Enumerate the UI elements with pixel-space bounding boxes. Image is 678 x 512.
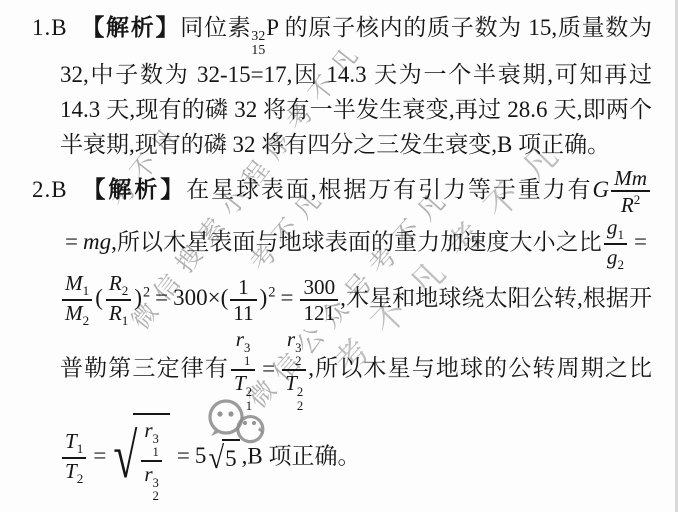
fraction-300-121: 300121 bbox=[300, 276, 338, 324]
item-2-text-e: ,B 项正确。 bbox=[242, 443, 361, 468]
solution-item-1: 1.B【解析】同位素3215P 的原子核内的质子数为 15,质量数为 32,中子… bbox=[32, 10, 652, 163]
item-2-text-a: 在星球表面,根据万有引力等于重力有 bbox=[186, 177, 592, 202]
fraction-r1-T1: r31T21 bbox=[231, 328, 255, 413]
radical-r-ratio: √r31r32 bbox=[113, 413, 170, 504]
item-1-number: 1. bbox=[32, 15, 51, 40]
formula-kepler: r31T21=r32T22 bbox=[229, 356, 308, 381]
item-1-analysis-tag: 【解析】 bbox=[81, 14, 181, 40]
answer-key-content: 1.B【解析】同位素3215P 的原子核内的质子数为 15,质量数为 32,中子… bbox=[0, 0, 678, 512]
item-2-analysis-tag: 【解析】 bbox=[81, 176, 187, 202]
item-1-answer: B bbox=[51, 15, 66, 40]
item-2-text-d: ,所以木星与地球的公转周期之比 bbox=[308, 356, 652, 381]
item-1-text-a: 同位素 bbox=[180, 15, 251, 40]
solution-item-2: 2.B【解析】在星球表面,根据万有引力等于重力有GMmR2=mg,所以木星表面与… bbox=[32, 167, 652, 504]
fraction-r1cubed-r2cubed: r31r32 bbox=[141, 419, 162, 504]
fraction-R2-R1: R2R1 bbox=[106, 272, 132, 328]
item-2-text-b: ,所以木星表面与地球表面的重力加速度大小之比 bbox=[111, 229, 602, 254]
fraction-g1-g2: g1g2 bbox=[604, 216, 627, 272]
isotope-notation: 3215 bbox=[251, 29, 265, 58]
item-2-answer: B bbox=[51, 177, 66, 202]
fraction-M1-M2: M1M2 bbox=[62, 272, 92, 328]
item-2-number: 2. bbox=[32, 177, 51, 202]
isotope-symbol: P bbox=[266, 15, 278, 40]
scanned-answer-page: { "document": { "items": [ { "number": "… bbox=[0, 0, 678, 512]
fraction-Mm-R2: MmR2 bbox=[611, 167, 650, 216]
fraction-r2-T2: r32T22 bbox=[282, 328, 306, 413]
fraction-1-11: 111 bbox=[230, 276, 256, 324]
radical-5: √5 bbox=[208, 439, 239, 477]
fraction-T1-T2: T1T2 bbox=[62, 430, 86, 486]
formula-period-ratio: T1T2=√r31r32=5√5 bbox=[60, 443, 242, 468]
